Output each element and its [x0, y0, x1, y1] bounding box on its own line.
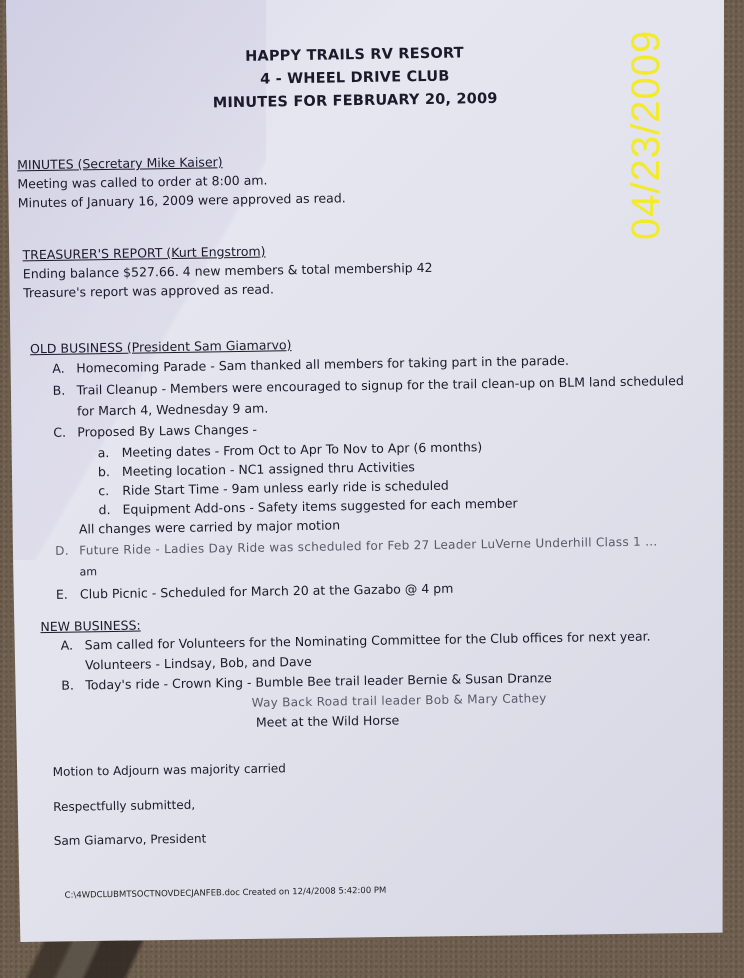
document-title: HAPPY TRAILS RV RESORT 4 - WHEEL DRIVE C… — [189, 42, 520, 116]
new-business-section: NEW BUSINESS: A. Sam called for Voluntee… — [40, 608, 652, 737]
paper-sheet: HAPPY TRAILS RV RESORT 4 - WHEEL DRIVE C… — [6, 0, 724, 942]
adjourn-line: Motion to Adjourn was majority carried — [53, 759, 286, 782]
minutes-line: Minutes of January 16, 2009 were approve… — [18, 188, 346, 212]
treasurer-section: TREASURER'S REPORT (Kurt Engstrom) Endin… — [22, 239, 433, 302]
old-business-section: OLD BUSINESS (President Sam Giamarvo) A.… — [30, 329, 687, 606]
minutes-section: MINUTES (Secretary Mike Kaiser) Meeting … — [17, 150, 346, 212]
signature-line: Sam Giamarvo, President — [54, 828, 287, 851]
closing-section: Motion to Adjourn was majority carried R… — [53, 759, 288, 851]
title-line-date: MINUTES FOR FEBRUARY 20, 2009 — [190, 88, 520, 116]
camera-datestamp: 04/23/2009 — [626, 30, 666, 240]
file-path-footer: C:\4WDCLUBMTSOCTNOVDECJANFEB.doc Created… — [65, 886, 387, 901]
bylaw-changes-list: a. Meeting dates - From Oct to Apr To No… — [54, 434, 686, 520]
minutes-document: HAPPY TRAILS RV RESORT 4 - WHEEL DRIVE C… — [0, 0, 731, 948]
signoff-line: Respectfully submitted, — [53, 794, 286, 817]
